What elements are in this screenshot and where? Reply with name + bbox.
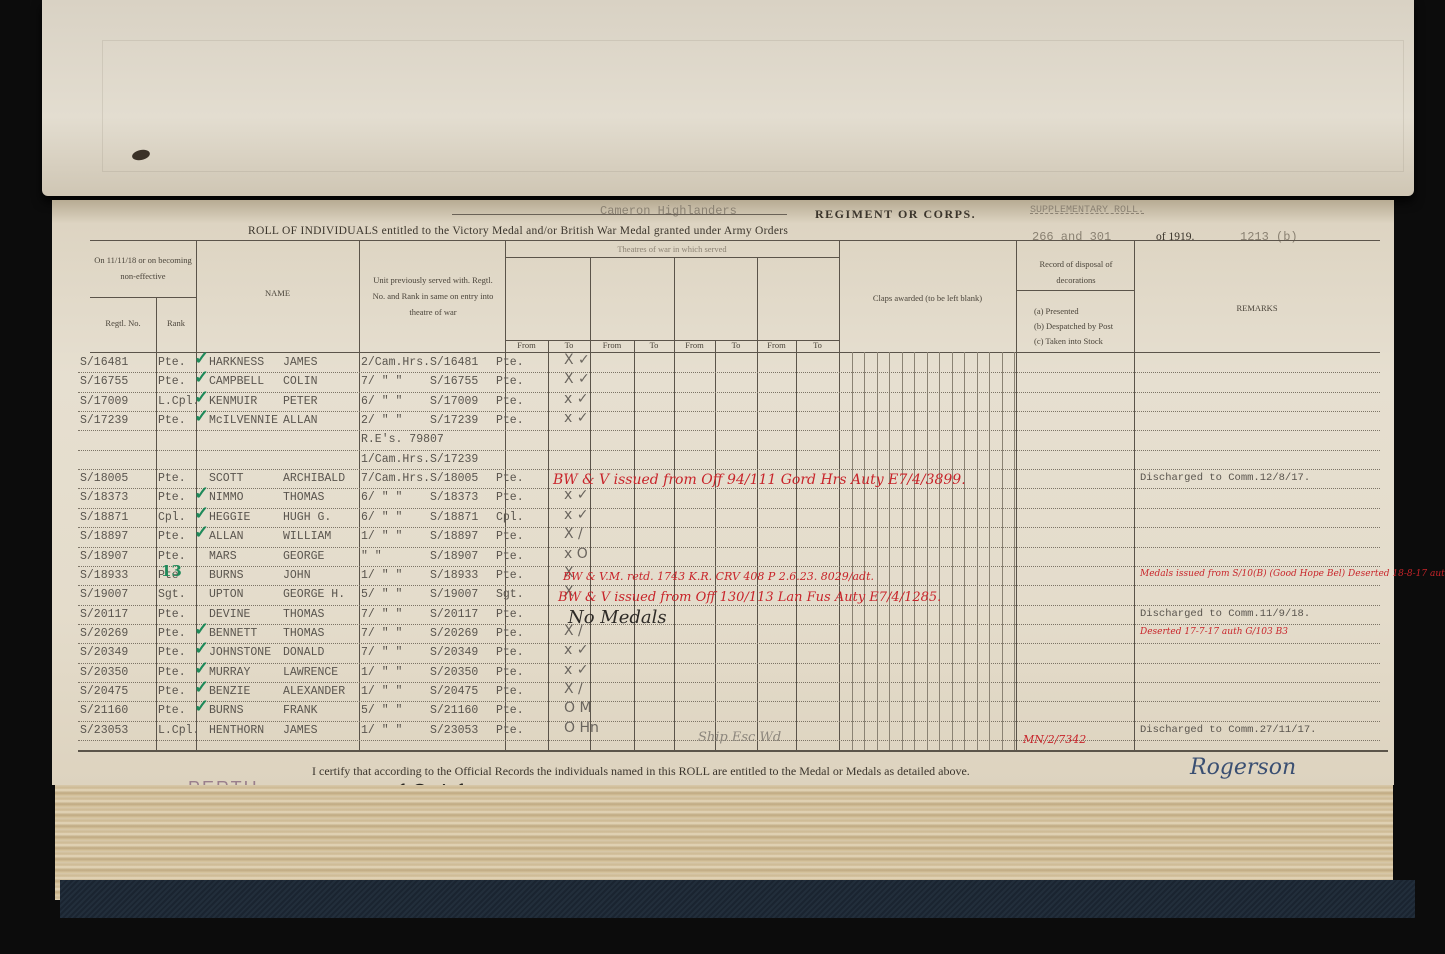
unit-no-cell: S/18871 <box>430 511 478 524</box>
check-icon: ✓ <box>194 387 209 408</box>
unit-cell: 7/Cam.Hrs. <box>361 472 430 485</box>
header-clasps: Claps awarded (to be left blank) <box>839 290 1016 306</box>
table-row: S/20269Pte.BENNETTTHOMAS7/ " "S/20269Pte… <box>78 625 1384 644</box>
unit-no-cell: S/20475 <box>430 685 478 698</box>
unit-rank-cell: Pte. <box>496 724 524 737</box>
rank-cell: Pte. <box>158 685 186 698</box>
unit-no-cell: S/16481 <box>430 356 478 369</box>
unit-rank-cell: Pte. <box>496 491 524 504</box>
forename-cell: THOMAS <box>283 491 324 504</box>
regtl-no-cell: S/20349 <box>80 646 128 659</box>
army-orders: 266 and 301 <box>1032 230 1111 244</box>
forename-cell: JAMES <box>283 724 318 737</box>
forename-cell: GEORGE <box>283 550 324 563</box>
surname-cell: ALLAN <box>209 530 244 543</box>
check-icon: ✓ <box>194 483 209 504</box>
verification-mark: O M <box>564 700 592 716</box>
unit-rank-cell: Pte. <box>496 646 524 659</box>
rank-cell: Pte. <box>158 414 186 427</box>
annotation-devine: No Medals <box>568 607 667 628</box>
rank-cell: Pte. <box>158 666 186 679</box>
unit-cell: 2/Cam.Hrs. <box>361 356 430 369</box>
table-row: S/16755Pte.CAMPBELLCOLIN7/ " "S/16755Pte… <box>78 373 1384 392</box>
unit-cell: 7/ " " <box>361 608 402 621</box>
header-from-4: From <box>757 337 796 353</box>
rank-cell: Pte. <box>158 627 186 640</box>
check-icon: ✓ <box>194 658 209 679</box>
forename-cell: DONALD <box>283 646 324 659</box>
book-cover <box>60 880 1415 918</box>
forename-cell: THOMAS <box>283 627 324 640</box>
regtl-no-cell: S/16755 <box>80 375 128 388</box>
regtl-no-cell: S/16481 <box>80 356 128 369</box>
rank-cell: Pte. <box>158 608 186 621</box>
table-row: S/20349Pte.JOHNSTONEDONALD7/ " "S/20349P… <box>78 644 1384 663</box>
rank-cell: Pte. <box>158 530 186 543</box>
regtl-no-cell: S/19007 <box>80 588 128 601</box>
table-row: S/20475Pte.BENZIEALEXANDER1/ " "S/20475P… <box>78 683 1384 702</box>
verification-mark: x O <box>564 546 588 562</box>
rank-cell: Cpl. <box>158 511 186 524</box>
unit-no-cell: S/18897 <box>430 530 478 543</box>
unit-no-cell: S/20349 <box>430 646 478 659</box>
header-to-1: To <box>548 337 590 353</box>
remark-cell: Discharged to Comm.12/8/17. <box>1140 472 1310 484</box>
unit-rank-cell: Pte. <box>496 530 524 543</box>
check-icon: ✓ <box>194 522 209 543</box>
unit-cell: 1/ " " <box>361 685 402 698</box>
unit-rank-cell: Pte. <box>496 608 524 621</box>
unit-rank-cell: Pte. <box>496 627 524 640</box>
forename-cell: ALEXANDER <box>283 685 345 698</box>
unit-no-cell: S/20269 <box>430 627 478 640</box>
surname-cell: MURRAY <box>209 666 250 679</box>
unit-rank-cell: Pte. <box>496 472 524 485</box>
header-from-2: From <box>590 337 634 353</box>
surname-cell: JOHNSTONE <box>209 646 271 659</box>
table-row: S/17239Pte.McILVENNIEALLAN2/ " "S/17239P… <box>78 412 1384 431</box>
header-disposal-a: (a) Presented <box>1034 303 1079 319</box>
unit-no-cell: S/20350 <box>430 666 478 679</box>
unit-rank-cell: Cpl. <box>496 511 524 524</box>
remark-cell: Discharged to Comm.11/9/18. <box>1140 608 1310 620</box>
forename-cell: COLIN <box>283 375 318 388</box>
surname-cell: BURNS <box>209 704 244 717</box>
unit-rank-cell: Pte. <box>496 414 524 427</box>
unit-rank-cell: Pte. <box>496 666 524 679</box>
unit-rank-cell: Pte. <box>496 685 524 698</box>
surname-cell: CAMPBELL <box>209 375 264 388</box>
regiment-typed: Cameron Highlanders <box>600 204 737 218</box>
unit-cell: 1/Cam.Hrs. <box>361 453 430 466</box>
verification-mark: x ✓ <box>564 662 588 678</box>
regtl-no-cell: S/20475 <box>80 685 128 698</box>
annotation-burns-john: BW & V.M. retd. 1743 K.R. CRV 408 P 2.6.… <box>563 570 874 583</box>
year-label: of 1919. <box>1156 231 1194 243</box>
unit-rank-cell: Pte. <box>496 356 524 369</box>
surname-cell: DEVINE <box>209 608 250 621</box>
table-row: S/18373Pte.NIMMOTHOMAS6/ " "S/18373Pte.✓… <box>78 489 1384 508</box>
surname-cell: BURNS <box>209 569 244 582</box>
header-to-3: To <box>715 337 757 353</box>
header-unit: Unit previously served with. Regtl. No. … <box>368 272 498 320</box>
unit-no-cell: S/23053 <box>430 724 478 737</box>
forename-cell: THOMAS <box>283 608 324 621</box>
unit-cell: 7/ " " <box>361 375 402 388</box>
unit-cell: 6/ " " <box>361 511 402 524</box>
regtl-no-cell: S/21160 <box>80 704 128 717</box>
surname-cell: HEGGIE <box>209 511 250 524</box>
surname-cell: BENZIE <box>209 685 250 698</box>
forename-cell: ALLAN <box>283 414 318 427</box>
check-icon: ✓ <box>194 696 209 717</box>
annotation-scott: BW & V issued from Off 94/111 Gord Hrs A… <box>553 472 966 488</box>
header-regtl-no: Regtl. No. <box>90 315 156 331</box>
check-icon: ✓ <box>194 348 209 369</box>
surname-cell: KENMUIR <box>209 395 257 408</box>
forename-cell: PETER <box>283 395 318 408</box>
regtl-no-cell: S/18933 <box>80 569 128 582</box>
unit-no-cell: S/17239 <box>430 453 478 466</box>
header-effective: On 11/11/18 or on becoming non-effective <box>88 252 198 284</box>
table-row: 1/Cam.Hrs.S/17239 <box>78 451 1384 470</box>
verification-mark: x ✓ <box>564 642 588 658</box>
unit-cell: 1/ " " <box>361 666 402 679</box>
rank-cell: Pte. <box>158 491 186 504</box>
regtl-no-cell: S/23053 <box>80 724 128 737</box>
rank-cell: Pte. <box>158 550 186 563</box>
forename-cell: JAMES <box>283 356 318 369</box>
header-disposal-b: (b) Despatched by Post <box>1034 318 1113 334</box>
header-name: NAME <box>196 285 359 301</box>
unit-rank-cell: Pte. <box>496 375 524 388</box>
header-disposal-c: (c) Taken into Stock <box>1034 333 1103 349</box>
unit-rank-cell: Pte. <box>496 550 524 563</box>
header-rank: Rank <box>156 315 196 331</box>
unit-rank-cell: Pte. <box>496 569 524 582</box>
surname-cell: MARS <box>209 550 237 563</box>
surname-cell: NIMMO <box>209 491 244 504</box>
rank-cell: Pte. <box>158 375 186 388</box>
unit-cell: 5/ " " <box>361 588 402 601</box>
table-row: S/18871Cpl.HEGGIEHUGH G.6/ " "S/18871Cpl… <box>78 509 1384 528</box>
regtl-no-cell: S/18907 <box>80 550 128 563</box>
remark-cell: Deserted 17-7-17 auth G/103 B3 <box>1140 627 1288 637</box>
table-row: S/17009L.Cpl.KENMUIRPETER6/ " "S/17009Pt… <box>78 393 1384 412</box>
check-icon: ✓ <box>194 367 209 388</box>
regtl-no-cell: S/20117 <box>80 608 128 621</box>
unit-no-cell: S/16755 <box>430 375 478 388</box>
unit-no-cell: S/18907 <box>430 550 478 563</box>
officer-signature: Rogerson <box>1190 755 1296 780</box>
remark-cell: Medals issued from S/10(B) (Good Hope Be… <box>1140 569 1445 579</box>
unit-rank-cell: Pte. <box>496 704 524 717</box>
table-row: R.E's. 79807 <box>78 431 1384 450</box>
unit-no-cell: S/18005 <box>430 472 478 485</box>
annotation-henthorn-disposal: MN/2/7342 <box>1023 733 1086 746</box>
table-row: S/16481Pte.HARKNESSJAMES2/Cam.Hrs.S/1648… <box>78 354 1384 373</box>
verification-mark: x ✓ <box>564 487 588 503</box>
surname-cell: HARKNESS <box>209 356 264 369</box>
verification-mark: X / <box>564 526 583 542</box>
surname-cell: UPTON <box>209 588 244 601</box>
header-theatres: Theatres of war in which served <box>505 241 839 257</box>
header-from-1: From <box>505 337 548 353</box>
verification-mark: x ✓ <box>564 410 588 426</box>
rank-cell: Pte. <box>158 356 186 369</box>
unit-cell: 1/ " " <box>361 569 402 582</box>
certification-text: I certify that according to the Official… <box>312 764 970 779</box>
unit-cell: " " <box>361 550 382 563</box>
rank-cell: L.Cpl. <box>158 724 199 737</box>
regtl-no-cell: S/17239 <box>80 414 128 427</box>
unit-cell: R.E's. 79807 <box>361 433 444 446</box>
header-from-3: From <box>674 337 715 353</box>
unit-cell: 1/ " " <box>361 530 402 543</box>
verification-mark: x ✓ <box>564 507 588 523</box>
header-remarks: REMARKS <box>1134 300 1380 316</box>
facing-page <box>42 0 1414 196</box>
rank-cell: Sgt. <box>158 588 186 601</box>
check-icon: ✓ <box>194 619 209 640</box>
forename-cell: WILLIAM <box>283 530 331 543</box>
forename-cell: HUGH G. <box>283 511 331 524</box>
annotation-burns-number: 13 <box>161 562 182 580</box>
regiment-underline <box>452 214 787 215</box>
annotation-henthorn-theatre: Ship Esc Wd <box>698 730 781 745</box>
regtl-no-cell: S/20269 <box>80 627 128 640</box>
forename-cell: GEORGE H. <box>283 588 345 601</box>
regtl-no-cell: S/18871 <box>80 511 128 524</box>
unit-no-cell: S/18373 <box>430 491 478 504</box>
remark-cell: Discharged to Comm.27/11/17. <box>1140 724 1316 736</box>
regtl-no-cell: S/18897 <box>80 530 128 543</box>
roll-title: ROLL OF INDIVIDUALS entitled to the Vict… <box>248 225 788 237</box>
check-icon: ✓ <box>194 406 209 427</box>
table-row: S/18907Pte.MARSGEORGE " "S/18907Pte.x O <box>78 548 1384 567</box>
forename-cell: FRANK <box>283 704 318 717</box>
unit-no-cell: S/19007 <box>430 588 478 601</box>
unit-cell: 2/ " " <box>361 414 402 427</box>
unit-cell: 7/ " " <box>361 627 402 640</box>
verification-mark: X ✓ <box>564 352 590 368</box>
unit-rank-cell: Pte. <box>496 395 524 408</box>
check-icon: ✓ <box>194 503 209 524</box>
table-row: S/18897Pte.ALLANWILLIAM1/ " "S/18897Pte.… <box>78 528 1384 547</box>
surname-cell: McILVENNIE <box>209 414 278 427</box>
unit-cell: 1/ " " <box>361 724 402 737</box>
verification-mark: x ✓ <box>564 391 588 407</box>
header-disposal: Record of disposal of decorations <box>1026 256 1126 288</box>
verification-mark: O Hn <box>564 720 599 736</box>
regtl-no-cell: S/18005 <box>80 472 128 485</box>
table-row: S/21160Pte.BURNSFRANK5/ " "S/21160Pte.✓O… <box>78 702 1384 721</box>
rank-cell: Pte. <box>158 646 186 659</box>
roll-ref: 1213 (b) <box>1240 230 1298 244</box>
surname-cell: BENNETT <box>209 627 257 640</box>
unit-cell: 5/ " " <box>361 704 402 717</box>
check-icon: ✓ <box>194 638 209 659</box>
unit-no-cell: S/17009 <box>430 395 478 408</box>
unit-no-cell: S/18933 <box>430 569 478 582</box>
header-to-2: To <box>634 337 674 353</box>
annotation-upton: BW & V issued from Off 130/113 Lan Fus A… <box>558 590 941 605</box>
header-to-4: To <box>796 337 839 353</box>
forename-cell: JOHN <box>283 569 311 582</box>
forename-cell: ARCHIBALD <box>283 472 345 485</box>
unit-no-cell: S/17239 <box>430 414 478 427</box>
forename-cell: LAWRENCE <box>283 666 338 679</box>
regtl-no-cell: S/17009 <box>80 395 128 408</box>
unit-cell: 7/ " " <box>361 646 402 659</box>
table-row: S/20350Pte.MURRAYLAWRENCE1/ " "S/20350Pt… <box>78 664 1384 683</box>
rank-cell: Pte. <box>158 704 186 717</box>
regtl-no-cell: S/20350 <box>80 666 128 679</box>
surname-cell: SCOTT <box>209 472 244 485</box>
unit-no-cell: S/20117 <box>430 608 478 621</box>
regiment-label: REGIMENT OR CORPS. <box>815 207 976 222</box>
unit-no-cell: S/21160 <box>430 704 478 717</box>
verification-mark: X / <box>564 681 583 697</box>
rank-cell: Pte. <box>158 472 186 485</box>
unit-rank-cell: Sgt. <box>496 588 524 601</box>
regtl-no-cell: S/18373 <box>80 491 128 504</box>
table-row: S/20117Pte.DEVINETHOMAS7/ " "S/20117Pte.… <box>78 606 1384 625</box>
unit-cell: 6/ " " <box>361 395 402 408</box>
check-icon: ✓ <box>194 677 209 698</box>
unit-cell: 6/ " " <box>361 491 402 504</box>
roll-type: SUPPLEMENTARY ROLL. <box>1030 205 1144 216</box>
verification-mark: X ✓ <box>564 371 590 387</box>
surname-cell: HENTHORN <box>209 724 264 737</box>
